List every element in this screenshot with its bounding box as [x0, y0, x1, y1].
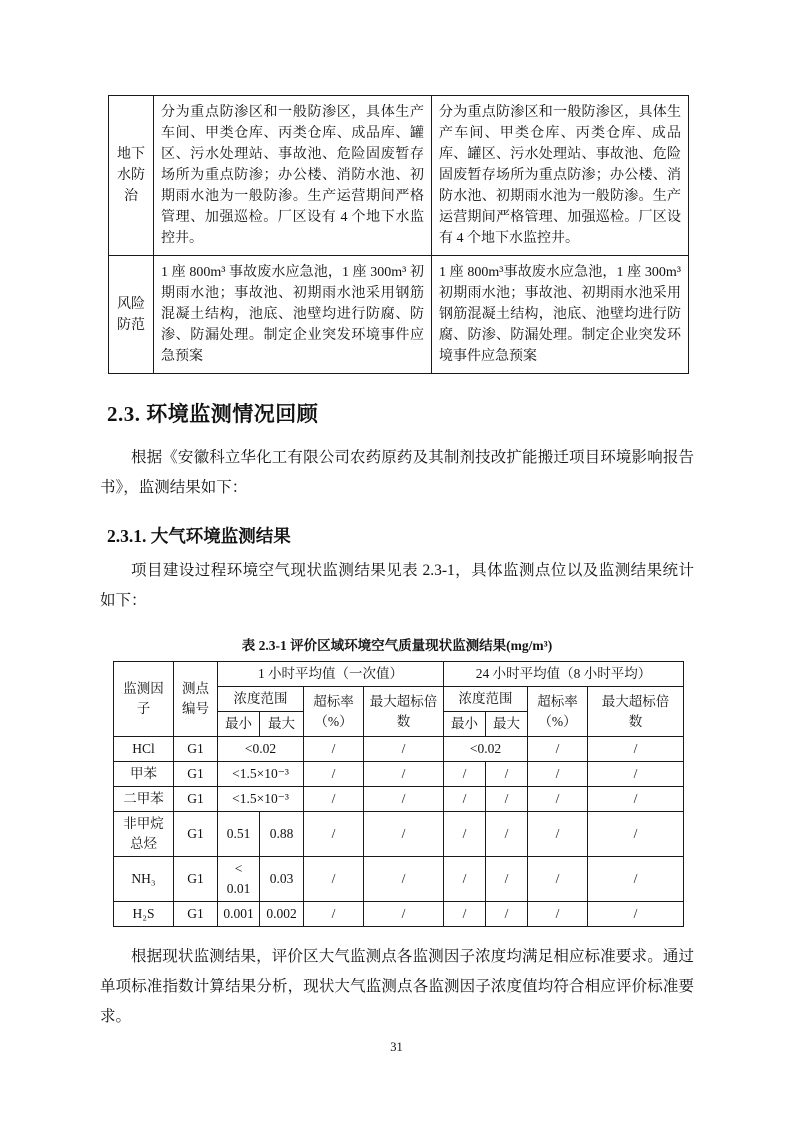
- cell-factor: 二甲苯: [114, 787, 174, 812]
- cell-1h-multiple: /: [364, 812, 444, 857]
- risk-left-cell: 1 座 800m³ 事故废水应急池，1 座 300m³ 初期雨水池；事故池、初期…: [154, 256, 432, 374]
- cell-24h-min: /: [444, 902, 486, 927]
- cell-24h-rate: /: [528, 787, 588, 812]
- cell-1h-range: <0.02: [218, 737, 304, 762]
- cell-factor: HCl: [114, 737, 174, 762]
- cell-24h-min: /: [444, 762, 486, 787]
- table-row-nmhc: 非甲烷 总烃 G1 0.51 0.88 / / / / / /: [114, 812, 684, 857]
- cell-point: G1: [174, 737, 218, 762]
- cell-factor: 非甲烷 总烃: [114, 812, 174, 857]
- cell-1h-range: <1.5×10⁻³: [218, 787, 304, 812]
- col-header-point: 测点 编号: [174, 662, 218, 737]
- cell-factor: H₂S: [114, 902, 174, 927]
- cell-24h-min: /: [444, 787, 486, 812]
- table-row: 风险 防范 1 座 800m³ 事故废水应急池，1 座 300m³ 初期雨水池；…: [109, 256, 689, 374]
- cell-factor: 甲苯: [114, 762, 174, 787]
- cell-24h-multiple: /: [588, 902, 684, 927]
- conclusion-paragraph: 根据现状监测结果，评价区大气监测点各监测因子浓度均满足相应标准要求。通过单项标准…: [100, 942, 694, 1032]
- table-row-xylene: 二甲苯 G1 <1.5×10⁻³ / / / / / /: [114, 787, 684, 812]
- cell-1h-max: 0.03: [260, 857, 304, 902]
- table-row-nh3: NH₃ G1 < 0.01 0.03 / / / / / /: [114, 857, 684, 902]
- cell-1h-multiple: /: [364, 787, 444, 812]
- col-header-factor: 监测因 子: [114, 662, 174, 737]
- cell-24h-max: /: [486, 787, 528, 812]
- row-label-groundwater: 地下 水防 治: [109, 96, 154, 256]
- col-group-24h: 24 小时平均值（8 小时平均）: [444, 662, 684, 687]
- document-page: 地下 水防 治 分为重点防渗区和一般防渗区，具体生产车间、甲类仓库、丙类仓库、成…: [0, 0, 793, 1122]
- page-number: 31: [0, 1040, 793, 1055]
- cell-1h-rate: /: [304, 902, 364, 927]
- table-row-toluene: 甲苯 G1 <1.5×10⁻³ / / / / / /: [114, 762, 684, 787]
- col-header-min-24h: 最小: [444, 712, 486, 737]
- section-heading: 2.3. 环境监测情况回顾: [107, 398, 694, 428]
- header-row: 监测因 子 测点 编号 1 小时平均值（一次值） 24 小时平均值（8 小时平均…: [114, 662, 684, 687]
- cell-24h-max: /: [486, 857, 528, 902]
- cell-1h-rate: /: [304, 812, 364, 857]
- cell-24h-rate: /: [528, 812, 588, 857]
- cell-24h-min: /: [444, 812, 486, 857]
- table-row-hcl: HCl G1 <0.02 / / <0.02 / /: [114, 737, 684, 762]
- table-caption: 表 2.3-1 评价区域环境空气质量现状监测结果(mg/m³): [100, 634, 694, 654]
- cell-1h-multiple: /: [364, 762, 444, 787]
- cell-1h-rate: /: [304, 787, 364, 812]
- col-header-rate-1h: 超标率 （%）: [304, 687, 364, 737]
- row-label-risk: 风险 防范: [109, 256, 154, 374]
- col-group-1h: 1 小时平均值（一次值）: [218, 662, 444, 687]
- cell-1h-multiple: /: [364, 902, 444, 927]
- page-content: 地下 水防 治 分为重点防渗区和一般防渗区，具体生产车间、甲类仓库、丙类仓库、成…: [100, 0, 694, 1032]
- col-header-max-1h: 最大: [260, 712, 304, 737]
- cell-1h-multiple: /: [364, 857, 444, 902]
- col-header-multiple-24h: 最大超标倍 数: [588, 687, 684, 737]
- col-header-min-1h: 最小: [218, 712, 260, 737]
- cell-point: G1: [174, 762, 218, 787]
- groundwater-right-cell: 分为重点防渗区和一般防渗区，具体生产车间、甲类仓库、丙类仓库、成品库、罐区、污水…: [432, 96, 689, 256]
- subsection-intro-paragraph: 项目建设过程环境空气现状监测结果见表 2.3-1，具体监测点位以及监测结果统计如…: [100, 556, 694, 616]
- col-header-range-1h: 浓度范围: [218, 687, 304, 712]
- cell-24h-multiple: /: [588, 857, 684, 902]
- col-header-max-24h: 最大: [486, 712, 528, 737]
- cell-24h-rate: /: [528, 762, 588, 787]
- risk-right-cell: 1 座 800m³事故废水应急池，1 座 300m³ 初期雨水池；事故池、初期雨…: [432, 256, 689, 374]
- cell-24h-range: <0.02: [444, 737, 528, 762]
- cell-24h-multiple: /: [588, 787, 684, 812]
- col-header-range-24h: 浓度范围: [444, 687, 528, 712]
- cell-24h-rate: /: [528, 902, 588, 927]
- cell-point: G1: [174, 902, 218, 927]
- cell-1h-min: 0.51: [218, 812, 260, 857]
- cell-24h-max: /: [486, 762, 528, 787]
- cell-point: G1: [174, 787, 218, 812]
- cell-1h-rate: /: [304, 737, 364, 762]
- cell-point: G1: [174, 857, 218, 902]
- prevention-measures-table: 地下 水防 治 分为重点防渗区和一般防渗区，具体生产车间、甲类仓库、丙类仓库、成…: [108, 95, 689, 374]
- cell-1h-rate: /: [304, 857, 364, 902]
- cell-24h-min: /: [444, 857, 486, 902]
- cell-1h-rate: /: [304, 762, 364, 787]
- col-header-multiple-1h: 最大超标倍 数: [364, 687, 444, 737]
- cell-24h-rate: /: [528, 857, 588, 902]
- cell-24h-max: /: [486, 812, 528, 857]
- cell-24h-multiple: /: [588, 762, 684, 787]
- cell-1h-min: 0.001: [218, 902, 260, 927]
- cell-1h-min: < 0.01: [218, 857, 260, 902]
- cell-factor: NH₃: [114, 857, 174, 902]
- cell-point: G1: [174, 812, 218, 857]
- col-header-rate-24h: 超标率 （%）: [528, 687, 588, 737]
- cell-1h-range: <1.5×10⁻³: [218, 762, 304, 787]
- table-row-h2s: H₂S G1 0.001 0.002 / / / / / /: [114, 902, 684, 927]
- table-row: 地下 水防 治 分为重点防渗区和一般防渗区，具体生产车间、甲类仓库、丙类仓库、成…: [109, 96, 689, 256]
- cell-24h-multiple: /: [588, 737, 684, 762]
- cell-24h-multiple: /: [588, 812, 684, 857]
- subsection-heading: 2.3.1. 大气环境监测结果: [107, 523, 694, 548]
- groundwater-left-cell: 分为重点防渗区和一般防渗区，具体生产车间、甲类仓库、丙类仓库、成品库、罐区、污水…: [154, 96, 432, 256]
- cell-24h-rate: /: [528, 737, 588, 762]
- air-quality-table: 监测因 子 测点 编号 1 小时平均值（一次值） 24 小时平均值（8 小时平均…: [113, 661, 684, 927]
- cell-1h-max: 0.88: [260, 812, 304, 857]
- section-intro-paragraph: 根据《安徽科立华化工有限公司农药原药及其制剂技改扩能搬迁项目环境影响报告书》，监…: [100, 443, 694, 503]
- cell-1h-max: 0.002: [260, 902, 304, 927]
- cell-24h-max: /: [486, 902, 528, 927]
- cell-1h-multiple: /: [364, 737, 444, 762]
